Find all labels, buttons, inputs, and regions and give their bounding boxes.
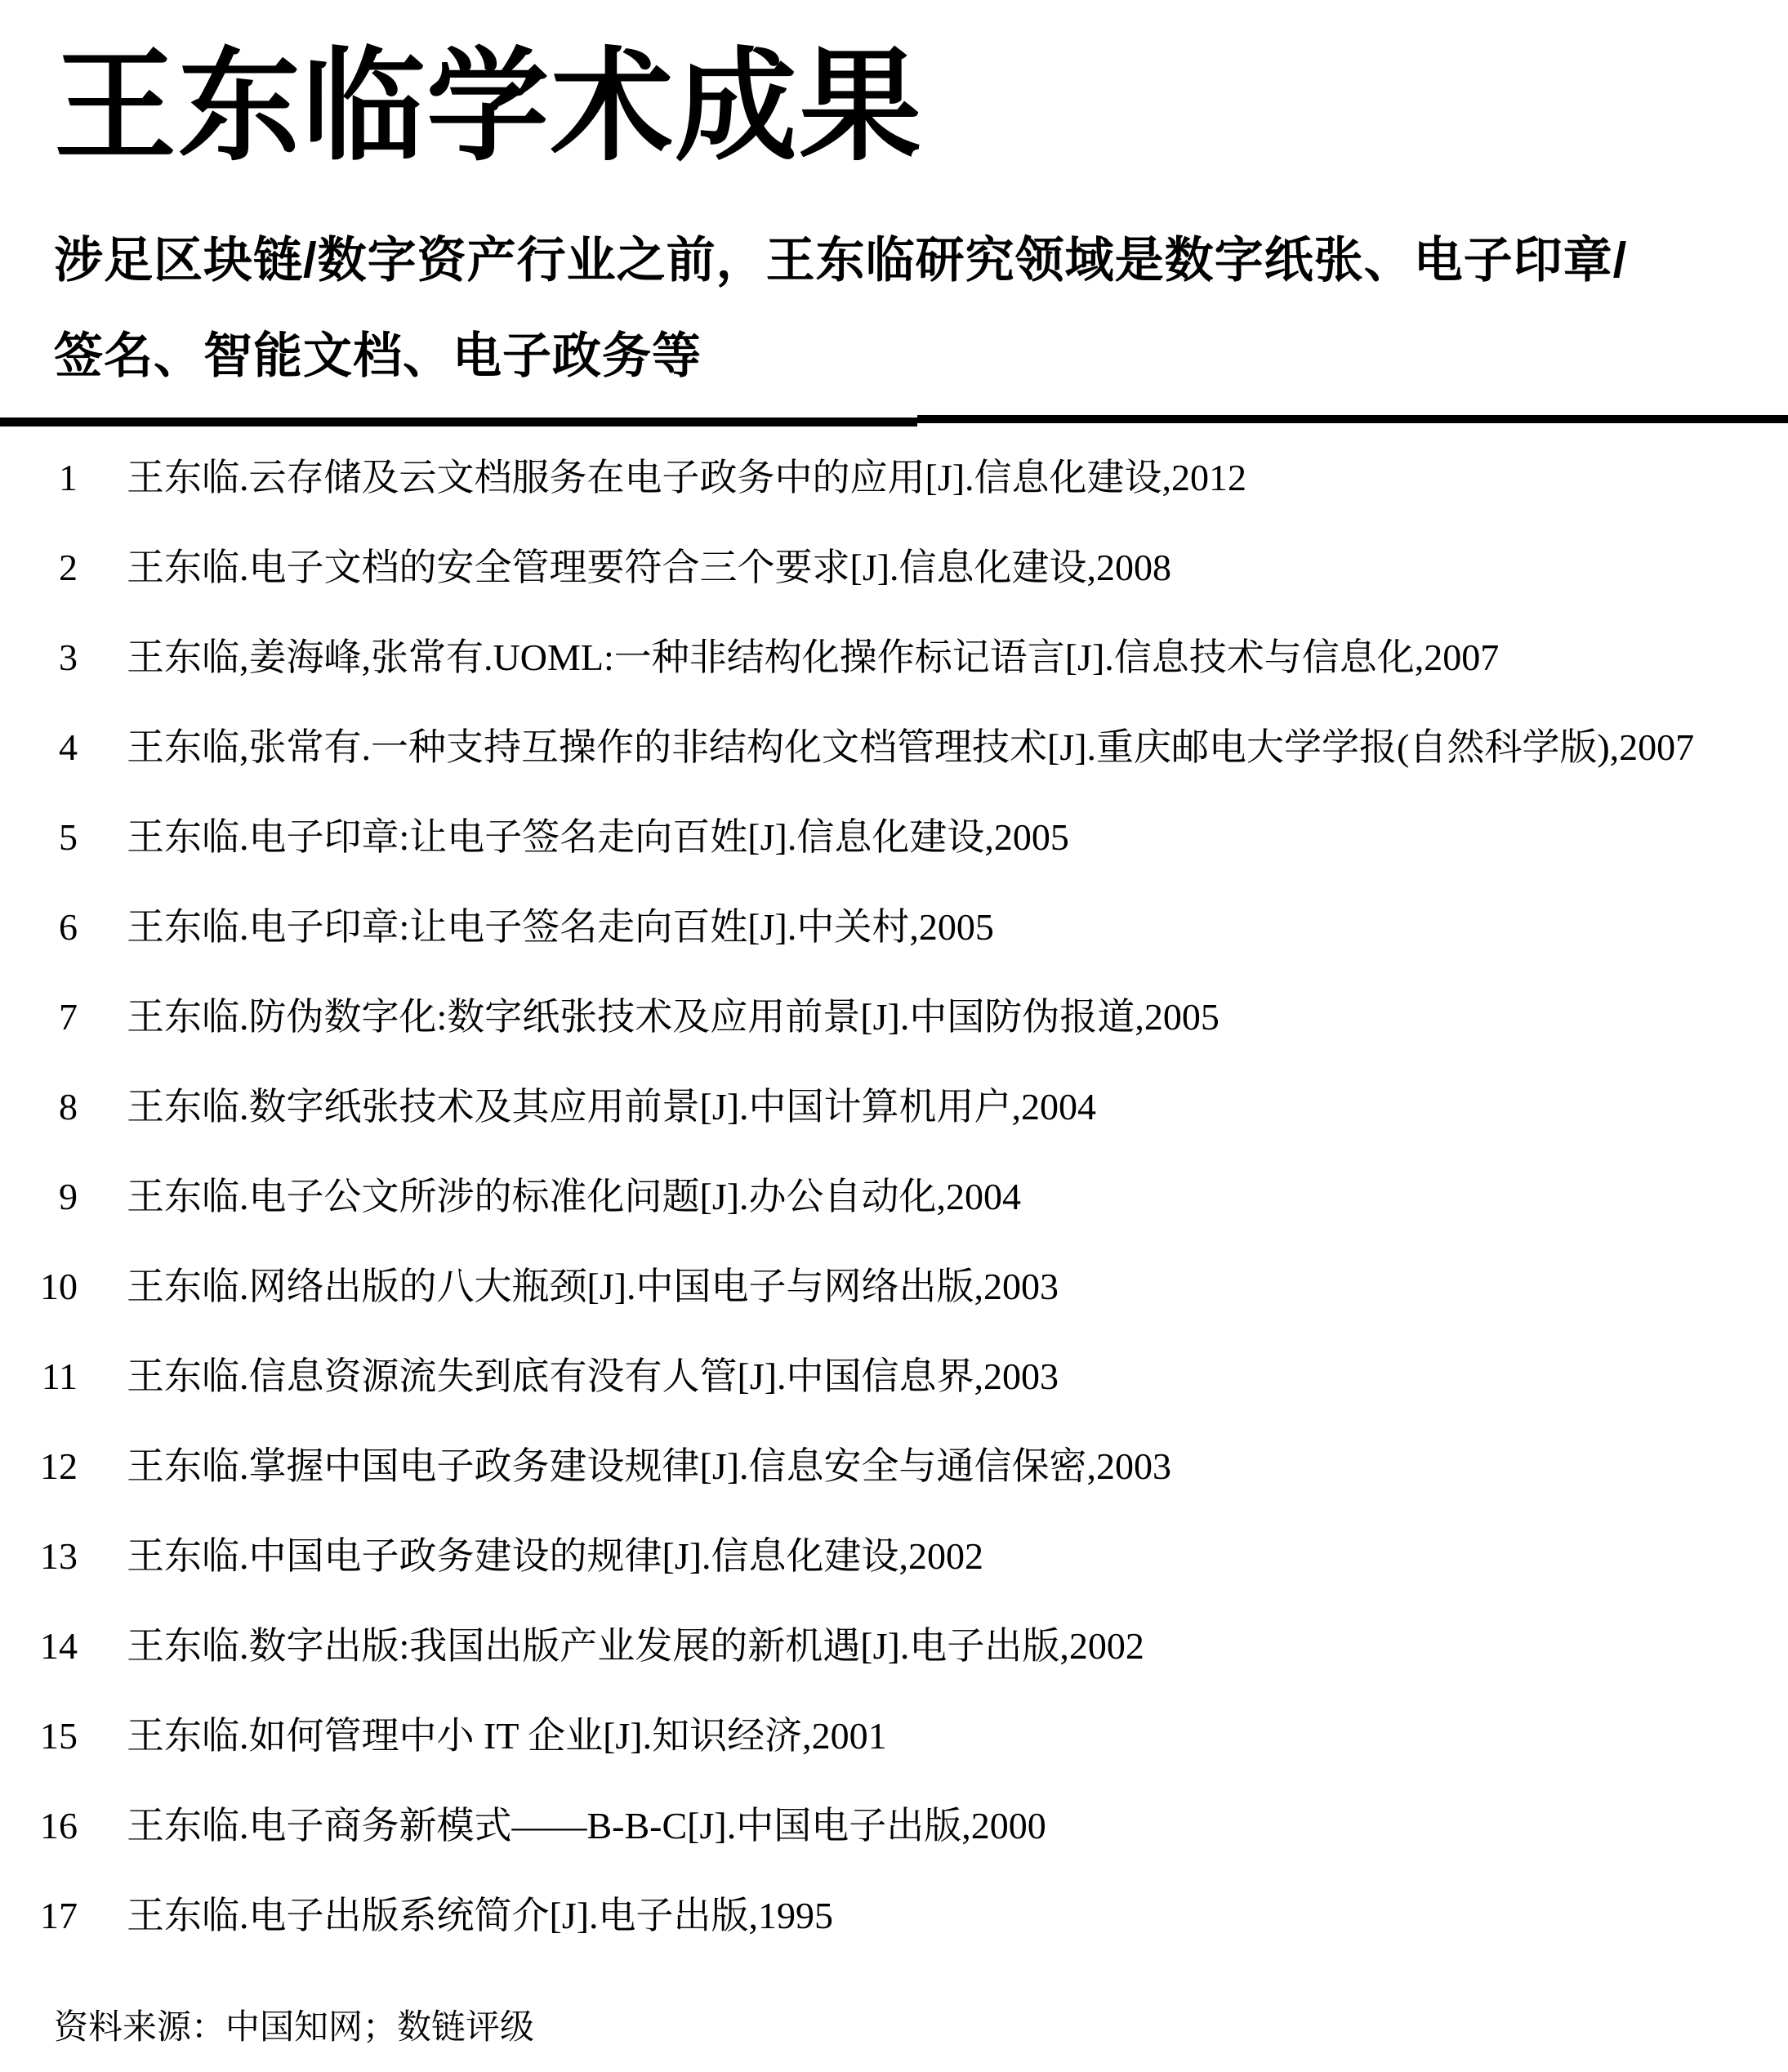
publication-citation: 王东临.防伪数字化:数字纸张技术及应用前景[J].中国防伪报道,2005 xyxy=(127,997,1219,1038)
publication-list: 1 王东临.云存储及云文档服务在电子政务中的应用[J].信息化建设,2012 2… xyxy=(33,458,1788,1936)
publication-row: 15 王东临.如何管理中小 IT 企业[J].知识经济,2001 xyxy=(33,1716,1788,1757)
publication-number: 6 xyxy=(33,907,78,948)
publication-row: 16 王东临.电子商务新模式——B-B-C[J].中国电子出版,2000 xyxy=(33,1806,1788,1846)
publication-row: 7 王东临.防伪数字化:数字纸张技术及应用前景[J].中国防伪报道,2005 xyxy=(33,997,1788,1038)
publication-number: 10 xyxy=(33,1266,78,1307)
publication-citation: 王东临,姜海峰,张常有.UOML:一种非结构化操作标记语言[J].信息技术与信息… xyxy=(127,637,1499,678)
publication-citation: 王东临.掌握中国电子政务建设规律[J].信息安全与通信保密,2003 xyxy=(127,1446,1171,1487)
divider-rule xyxy=(0,415,1788,426)
publication-row: 13 王东临.中国电子政务建设的规律[J].信息化建设,2002 xyxy=(33,1536,1788,1577)
publication-citation: 王东临.数字出版:我国出版产业发展的新机遇[J].电子出版,2002 xyxy=(127,1626,1144,1667)
publication-citation: 王东临.中国电子政务建设的规律[J].信息化建设,2002 xyxy=(127,1536,983,1577)
publication-number: 13 xyxy=(33,1536,78,1577)
publication-row: 4 王东临,张常有.一种支持互操作的非结构化文档管理技术[J].重庆邮电大学学报… xyxy=(33,727,1788,768)
publication-number: 11 xyxy=(33,1356,78,1397)
page-title: 王东临学术成果 xyxy=(54,33,1788,180)
publication-citation: 王东临.云存储及云文档服务在电子政务中的应用[J].信息化建设,2012 xyxy=(127,458,1246,498)
publication-number: 14 xyxy=(33,1626,78,1667)
publication-number: 1 xyxy=(33,458,78,498)
publication-row: 14 王东临.数字出版:我国出版产业发展的新机遇[J].电子出版,2002 xyxy=(33,1626,1788,1667)
publication-row: 12 王东临.掌握中国电子政务建设规律[J].信息安全与通信保密,2003 xyxy=(33,1446,1788,1487)
publication-row: 3 王东临,姜海峰,张常有.UOML:一种非结构化操作标记语言[J].信息技术与… xyxy=(33,637,1788,678)
publication-number: 3 xyxy=(33,637,78,678)
publication-citation: 王东临,张常有.一种支持互操作的非结构化文档管理技术[J].重庆邮电大学学报(自… xyxy=(127,727,1694,768)
page-subtitle: 涉足区块链/数字资产行业之前，王东临研究领域是数字纸张、电子印章/ 签名、智能文… xyxy=(54,212,1734,404)
publication-number: 16 xyxy=(33,1806,78,1846)
publication-row: 11 王东临.信息资源流失到底有没有人管[J].中国信息界,2003 xyxy=(33,1356,1788,1397)
publication-row: 17 王东临.电子出版系统简介[J].电子出版,1995 xyxy=(33,1896,1788,1936)
publication-number: 12 xyxy=(33,1446,78,1487)
subtitle-line-1: 涉足区块链/数字资产行业之前，王东临研究领域是数字纸张、电子印章/ xyxy=(54,212,1734,308)
divider-segment-left xyxy=(0,418,917,426)
publication-citation: 王东临.电子出版系统简介[J].电子出版,1995 xyxy=(127,1896,833,1936)
publication-citation: 王东临.电子公文所涉的标准化问题[J].办公自动化,2004 xyxy=(127,1177,1021,1217)
publication-citation: 王东临.电子文档的安全管理要符合三个要求[J].信息化建设,2008 xyxy=(127,547,1171,588)
publication-number: 5 xyxy=(33,817,78,858)
publication-citation: 王东临.网络出版的八大瓶颈[J].中国电子与网络出版,2003 xyxy=(127,1266,1059,1307)
publication-number: 8 xyxy=(33,1087,78,1128)
publication-row: 6 王东临.电子印章:让电子签名走向百姓[J].中关村,2005 xyxy=(33,907,1788,948)
document-page: 王东临学术成果 涉足区块链/数字资产行业之前，王东临研究领域是数字纸张、电子印章… xyxy=(0,0,1788,2072)
publication-citation: 王东临.如何管理中小 IT 企业[J].知识经济,2001 xyxy=(127,1716,887,1757)
publication-citation: 王东临.信息资源流失到底有没有人管[J].中国信息界,2003 xyxy=(127,1356,1059,1397)
publication-number: 17 xyxy=(33,1896,78,1936)
source-note: 资料来源：中国知网；数链评级 xyxy=(54,2007,1788,2047)
subtitle-line-2: 签名、智能文档、电子政务等 xyxy=(54,308,1734,404)
publication-number: 7 xyxy=(33,997,78,1038)
publication-row: 1 王东临.云存储及云文档服务在电子政务中的应用[J].信息化建设,2012 xyxy=(33,458,1788,498)
publication-row: 9 王东临.电子公文所涉的标准化问题[J].办公自动化,2004 xyxy=(33,1177,1788,1217)
publication-citation: 王东临.电子印章:让电子签名走向百姓[J].中关村,2005 xyxy=(127,907,994,948)
publication-citation: 王东临.电子印章:让电子签名走向百姓[J].信息化建设,2005 xyxy=(127,817,1069,858)
publication-citation: 王东临.电子商务新模式——B-B-C[J].中国电子出版,2000 xyxy=(127,1806,1046,1846)
publication-number: 15 xyxy=(33,1716,78,1757)
publication-row: 5 王东临.电子印章:让电子签名走向百姓[J].信息化建设,2005 xyxy=(33,817,1788,858)
divider-segment-right xyxy=(917,415,1788,423)
publication-number: 4 xyxy=(33,727,78,768)
publication-number: 2 xyxy=(33,547,78,588)
publication-row: 8 王东临.数字纸张技术及其应用前景[J].中国计算机用户,2004 xyxy=(33,1087,1788,1128)
publication-citation: 王东临.数字纸张技术及其应用前景[J].中国计算机用户,2004 xyxy=(127,1087,1096,1128)
publication-row: 10 王东临.网络出版的八大瓶颈[J].中国电子与网络出版,2003 xyxy=(33,1266,1788,1307)
publication-number: 9 xyxy=(33,1177,78,1217)
publication-row: 2 王东临.电子文档的安全管理要符合三个要求[J].信息化建设,2008 xyxy=(33,547,1788,588)
